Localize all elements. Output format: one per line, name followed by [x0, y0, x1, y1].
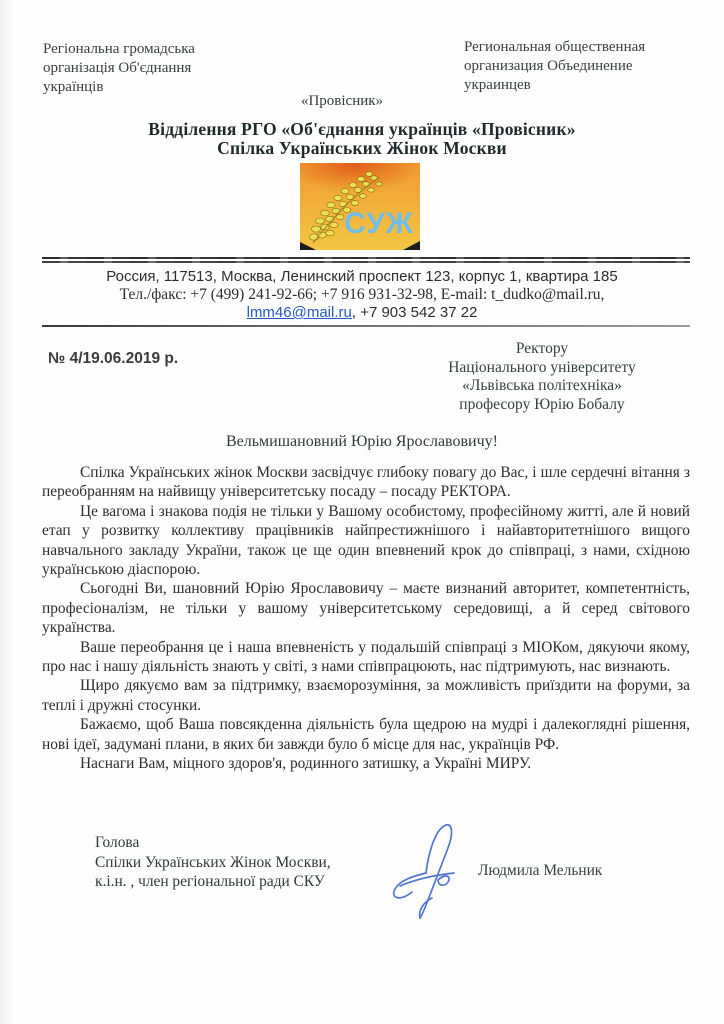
- paragraph: Сьогодні Ви, шановний Юрію Ярославовичу …: [42, 579, 690, 637]
- org-name-ukrainian: Регіональна громадська організація Об'єд…: [43, 40, 273, 97]
- paragraph: Наснаги Вам, міцного здоров'я, родинного…: [42, 754, 690, 773]
- signer-name: Людмила Мельник: [478, 862, 602, 880]
- contact-block: Россия, 117513, Москва, Ленинский проспе…: [0, 268, 724, 321]
- recipient-line: «Львівська політехніка»: [402, 377, 682, 396]
- phone-email-line: Тел./факс: +7 (499) 241-92-66; +7 916 93…: [0, 286, 724, 303]
- double-rule-divider: [42, 257, 690, 263]
- paragraph: Ваше переобрання це і наша впевненість у…: [42, 638, 690, 677]
- org-ru-line: организация Объединение: [464, 57, 694, 76]
- letterhead-title: Відділення РГО «Об'єднання українців «Пр…: [0, 120, 724, 158]
- signer-position-line: Спілки Українських Жінок Москви,: [95, 853, 331, 873]
- org-uk-line: Регіональна громадська: [43, 40, 273, 59]
- recipient-line: професору Юрію Бобалу: [402, 396, 682, 415]
- postal-address: Россия, 117513, Москва, Ленинский проспе…: [0, 268, 724, 285]
- paragraph: Спілка Українських жінок Москви засвідчу…: [42, 463, 690, 502]
- org-name-russian: Региональная общественная организация Об…: [464, 38, 694, 95]
- handwritten-signature: [382, 818, 474, 922]
- suzh-wheat-logo: СУЖ: [300, 163, 420, 250]
- signer-position-line: Голова: [95, 833, 331, 853]
- recipient-line: Національного університету: [402, 359, 682, 378]
- salutation: Вельмишановний Юрію Ярославовичу!: [0, 433, 724, 451]
- org-short-name: «Провісник»: [0, 93, 684, 110]
- paragraph: Щиро дякуємо вам за підтримку, взаємороз…: [42, 676, 690, 715]
- wheat-ear-emblem-icon: СУЖ: [300, 163, 420, 250]
- letterhead-title-line1: Відділення РГО «Об'єднання українців «Пр…: [0, 120, 724, 139]
- letterhead-title-line2: Спілка Українських Жінок Москви: [0, 139, 724, 158]
- signer-position-block: Голова Спілки Українських Жінок Москви, …: [95, 833, 331, 892]
- org-ru-line: Региональная общественная: [464, 38, 694, 57]
- signature-ink-icon: [382, 818, 474, 922]
- recipient-line: Ректору: [402, 340, 682, 359]
- signer-position-line: к.і.н. , член регіональної ради СКУ: [95, 872, 331, 892]
- recipient-block: Ректору Національного університету «Льві…: [402, 340, 682, 414]
- paragraph: Це вагома і знакова подія не тільки у Ва…: [42, 502, 690, 580]
- outgoing-number-date: № 4/19.06.2019 р.: [48, 350, 178, 368]
- thin-rule-divider: [42, 325, 690, 327]
- org-uk-line: організація Об'єднання: [43, 59, 273, 78]
- paragraph: Бажаємо, щоб Ваша повсякденна діяльність…: [42, 715, 690, 754]
- logo-letters: СУЖ: [344, 207, 414, 240]
- letter-body: Спілка Українських жінок Москви засвідчу…: [42, 463, 690, 774]
- extra-phone: , +7 903 542 37 22: [352, 304, 478, 321]
- scanned-letter-page: Регіональна громадська організація Об'єд…: [0, 0, 724, 1024]
- second-email-line: lmm46@mail.ru, +7 903 542 37 22: [0, 304, 724, 321]
- email-link[interactable]: lmm46@mail.ru: [247, 304, 352, 321]
